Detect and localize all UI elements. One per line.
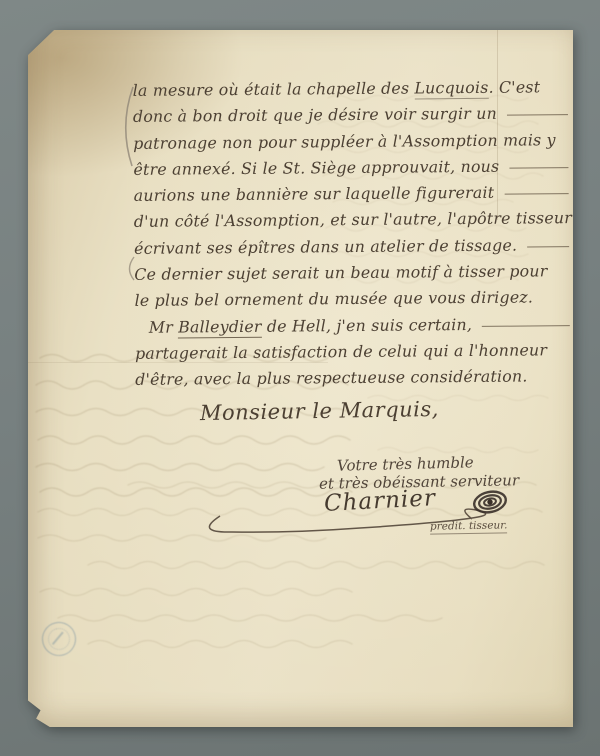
stamp-inner-ring [46, 626, 73, 653]
signature-flourish [28, 30, 573, 727]
letter-page: la mesure où était la chapelle des Lucqu… [28, 30, 573, 727]
scan-background: la mesure où était la chapelle des Lucqu… [0, 0, 600, 756]
letter-page-wrapper: la mesure où était la chapelle des Lucqu… [28, 30, 573, 727]
signature-subscript: predit. tisseur. [430, 519, 508, 534]
ink-rosette-blot [472, 489, 507, 515]
